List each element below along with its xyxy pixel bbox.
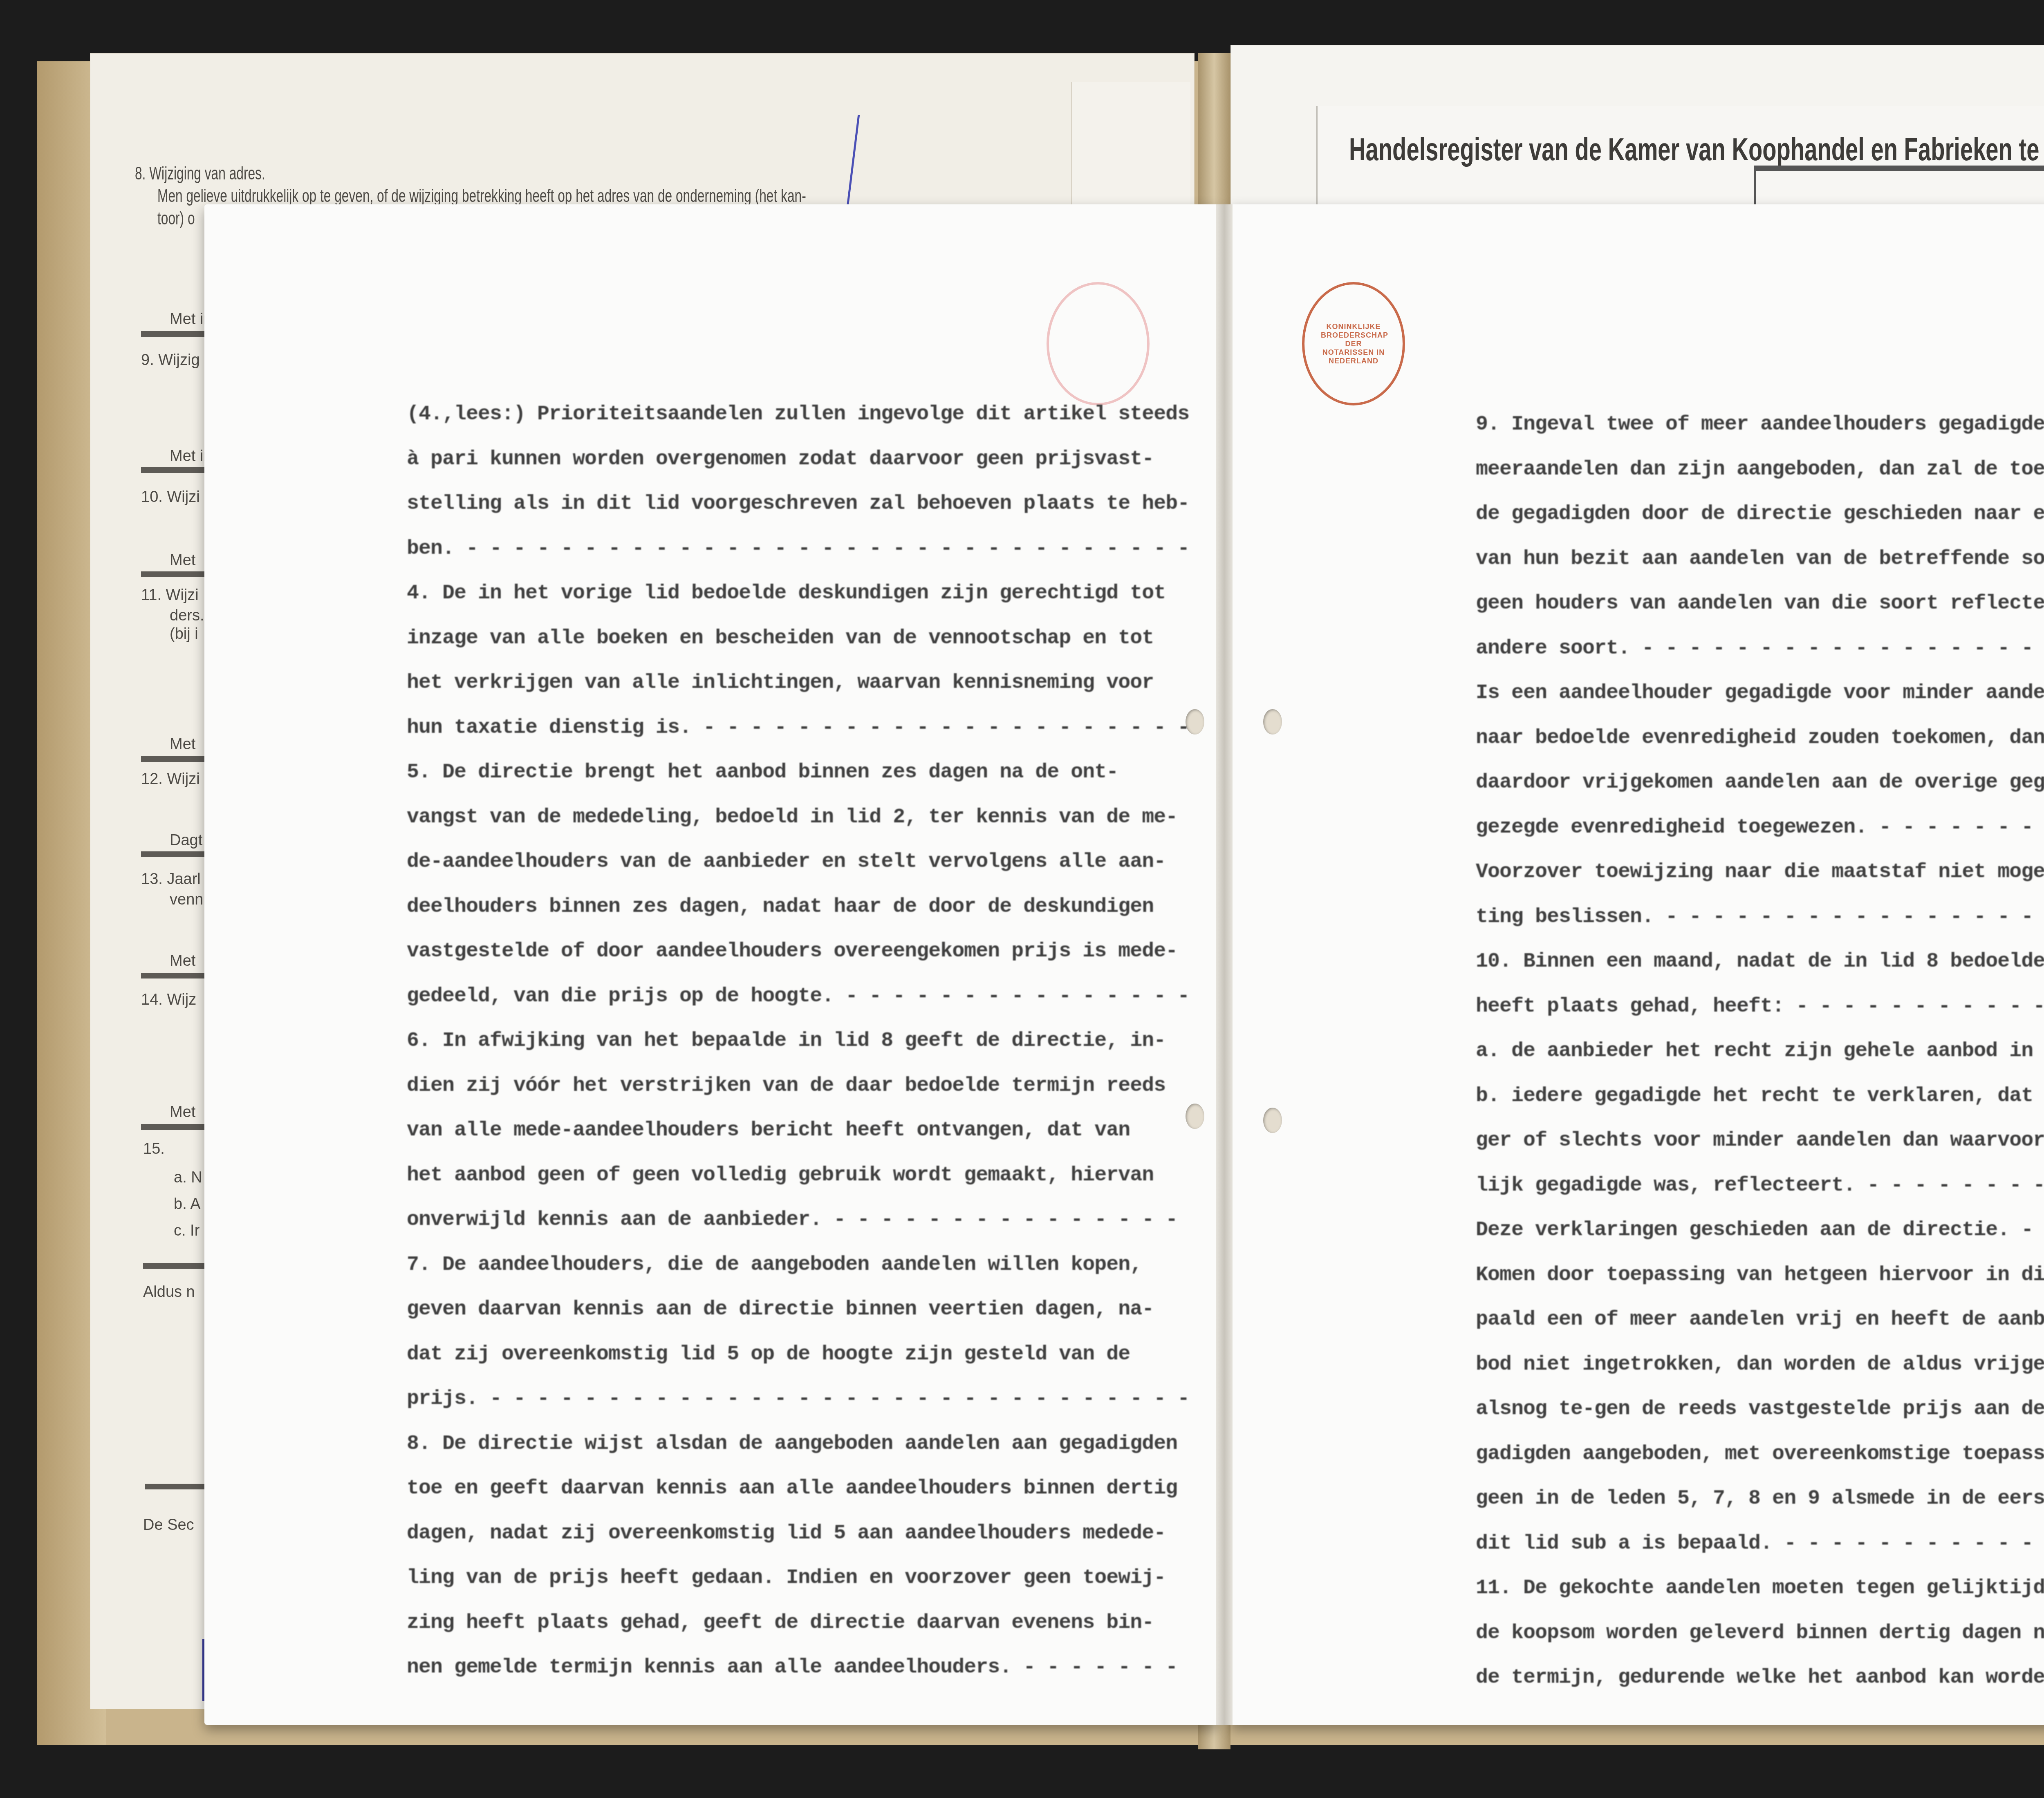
form-field-label: 9. Wijzig (141, 352, 200, 369)
punch-hole (1186, 1104, 1204, 1129)
typed-line: bod niet ingetrokken, dan worden de aldu… (1476, 1353, 2044, 1376)
typed-line: deelhouders binnen zes dagen, nadat haar… (407, 895, 1154, 918)
notary-stamp-faint (1047, 282, 1150, 405)
form-rule (141, 571, 208, 577)
typed-line: b. iedere gegadigde het recht te verklar… (1476, 1084, 2044, 1108)
typed-line: nen gemelde termijn kennis aan alle aand… (407, 1656, 1177, 1679)
typed-line: ben. - - - - - - - - - - - - - - - - - -… (407, 537, 1189, 560)
typed-line: Is een aandeelhouder gegadigde voor mind… (1476, 681, 2044, 705)
typed-line: vastgestelde of door aandeelhouders over… (407, 940, 1177, 963)
typed-line: dit lid sub a is bepaald. - - - - - - - … (1476, 1532, 2044, 1555)
typed-line: stelling als in dit lid voorgeschreven z… (407, 492, 1189, 515)
form-field-label: Met (170, 552, 195, 569)
typed-line: prijs. - - - - - - - - - - - - - - - - -… (407, 1387, 1189, 1411)
typed-line: ling van de prijs heeft gedaan. Indien e… (407, 1566, 1165, 1590)
typed-line: gezegde evenredigheid toegewezen. - - - … (1476, 816, 2044, 839)
form-rule (141, 331, 208, 337)
typed-line: van hun bezit aan aandelen van de betref… (1476, 547, 2044, 571)
notary-stamp-text: KONINKLIJKE BROEDERSCHAP DER NOTARISSEN … (1321, 322, 1386, 365)
typed-line: geen houders van aandelen van die soort … (1476, 592, 2044, 615)
form-field-label: 10. Wijzi (141, 488, 200, 506)
typed-line: à pari kunnen worden overgenomen zodat d… (407, 448, 1154, 471)
typed-line: zing heeft plaats gehad, geeft de direct… (407, 1611, 1154, 1635)
register-header-title: Handelsregister van de Kamer van Koophan… (1349, 131, 2039, 167)
punch-hole (1263, 709, 1282, 734)
typed-line: 9. Ingeval twee of meer aandeelhouders g… (1476, 413, 2044, 436)
typed-line: meeraandelen dan zijn aangeboden, dan za… (1476, 458, 2044, 481)
form-rule (145, 1484, 208, 1489)
typed-line: onverwijld kennis aan de aanbieder. - - … (407, 1208, 1177, 1232)
typed-line: inzage van alle boeken en bescheiden van… (407, 627, 1154, 650)
typed-line: dat zij overeenkomstig lid 5 op de hoogt… (407, 1343, 1130, 1366)
form-section-8-body-line1: Men gelieve uitdrukkelijk op te geven, o… (157, 186, 1058, 206)
form-field-label: c. Ir (174, 1222, 199, 1240)
form-field-label: 14. Wijz (141, 991, 196, 1009)
typed-line: hun taxatie dienstig is. - - - - - - - -… (407, 716, 1189, 739)
typed-line: toe en geeft daarvan kennis aan alle aan… (407, 1477, 1177, 1500)
form-field-label: ders. (170, 607, 204, 625)
typed-line: dien zij vóór het verstrijken van de daa… (407, 1074, 1165, 1097)
form-rule (141, 851, 208, 857)
form-field-label: venn (170, 891, 203, 909)
form-rule (143, 1263, 208, 1269)
typed-line: 4. De in het vorige lid bedoelde deskund… (407, 582, 1165, 605)
typed-line: paald een of meer aandelen vrij en heeft… (1476, 1308, 2044, 1331)
register-header: Handelsregister van de Kamer van Koophan… (1349, 131, 2044, 168)
typed-line: 6. In afwijking van het bepaalde in lid … (407, 1029, 1165, 1052)
form-field-label: b. A (174, 1196, 201, 1213)
form-field-label: a. N (174, 1169, 202, 1187)
typed-line: ger of slechts voor minder aandelen dan … (1476, 1129, 2044, 1152)
form-field-label: (bij i (170, 625, 198, 643)
punch-hole (1263, 1108, 1282, 1133)
form-section-8-body-line2: toor) o (157, 208, 209, 229)
typed-line: gadigden aangeboden, met overeenkomstige… (1476, 1442, 2044, 1466)
form-rule (141, 467, 208, 473)
typed-line: (4.,lees:) Prioriteitsaandelen zullen in… (407, 403, 1189, 426)
form-field-label: Met (170, 1104, 195, 1121)
notary-stamp: KONINKLIJKE BROEDERSCHAP DER NOTARISSEN … (1302, 282, 1405, 405)
typed-line: 10. Binnen een maand, nadat de in lid 8 … (1476, 950, 2044, 973)
typed-line: de koopsom worden geleverd binnen dertig… (1476, 1621, 2044, 1645)
form-section-8-title: 8. Wijziging van adres. (135, 163, 316, 184)
page-gutter (1216, 204, 1233, 1725)
typed-line: de termijn, gedurende welke het aanbod k… (1476, 1666, 2044, 1689)
typed-line: Deze verklaringen geschieden aan de dire… (1476, 1218, 2044, 1242)
typed-line: heeft plaats gehad, heeft: - - - - - - -… (1476, 995, 2044, 1018)
typed-line: dagen, nadat zij overeenkomstig lid 5 aa… (407, 1522, 1165, 1545)
form-field-label: 15. (143, 1140, 165, 1158)
typed-line: geen in de leden 5, 7, 8 en 9 alsmede in… (1476, 1487, 2044, 1510)
typed-line: het verkrijgen van alle inlichtingen, wa… (407, 671, 1154, 694)
typed-line: gedeeld, van die prijs op de hoogte. - -… (407, 985, 1189, 1008)
typed-line: de-aandeelhouders van de aanbieder en st… (407, 850, 1165, 873)
typed-line: naar bedoelde evenredigheid zouden toeko… (1476, 726, 2044, 750)
typed-line: 8. De directie wijst alsdan de aangebode… (407, 1432, 1177, 1455)
form-field-label: 11. Wijzi (141, 587, 199, 604)
form-rule (141, 1124, 208, 1130)
typed-line: het aanbod geen of geen volledig gebruik… (407, 1164, 1154, 1187)
typed-line: daardoor vrijgekomen aandelen aan de ove… (1476, 771, 2044, 794)
typed-line: alsnog te-gen de reeds vastgestelde prij… (1476, 1397, 2044, 1421)
form-field-label: Aldus n (143, 1283, 195, 1301)
form-field-label: Met (170, 952, 195, 970)
form-field-label: Met ir (170, 448, 208, 465)
form-field-label: 13. Jaarl (141, 871, 201, 888)
typed-line: a. de aanbieder het recht zijn gehele aa… (1476, 1039, 2044, 1063)
typed-line: lijk gegadigde was, reflecteert. - - - -… (1476, 1174, 2044, 1197)
typed-line: de gegadigden door de directie geschiede… (1476, 502, 2044, 526)
form-field-label: Met (170, 736, 195, 753)
typed-line: van alle mede-aandeelhouders bericht hee… (407, 1119, 1130, 1142)
typed-line: 7. De aandeelhouders, die de aangeboden … (407, 1253, 1142, 1276)
typed-line: 5. De directie brengt het aanbod binnen … (407, 761, 1118, 784)
typed-line: geven daarvan kennis aan de directie bin… (407, 1298, 1154, 1321)
form-field-label: Dagt (170, 832, 202, 849)
form-field-label: De Sec (143, 1516, 194, 1534)
typed-line: andere soort. - - - - - - - - - - - - - … (1476, 637, 2044, 660)
typed-line: ting beslissen. - - - - - - - - - - - - … (1476, 905, 2044, 929)
form-rule (141, 973, 208, 978)
typed-line: 11. De gekochte aandelen moeten tegen ge… (1476, 1576, 2044, 1600)
typed-line: Voorzover toewijzing naar die maatstaf n… (1476, 860, 2044, 884)
form-field-label: 12. Wijzi (141, 770, 200, 788)
typed-line: Komen door toepassing van hetgeen hiervo… (1476, 1263, 2044, 1287)
typed-line: vangst van de mededeling, bedoeld in lid… (407, 806, 1177, 829)
form-rule (141, 756, 208, 762)
